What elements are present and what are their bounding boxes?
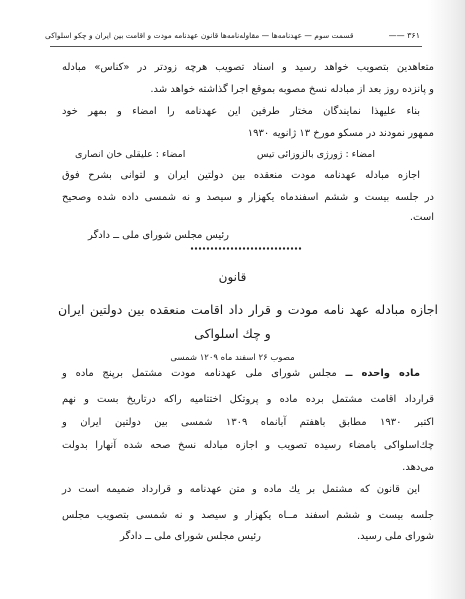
treaty-closing-line-1: متعاهدین بتصویب خواهد رسید و اسناد تصویب…	[62, 60, 434, 76]
certification-line-2: در جلسه بیست و ششم اسفندماه یکهزار و سیص…	[62, 190, 434, 206]
law-heading: قانون	[0, 268, 465, 286]
law-signature: رئیس مجلس شورای ملی ــ دادگر	[120, 529, 261, 545]
signature-iran: امضاء : علیقلی خان انصاری	[75, 147, 185, 163]
treaty-closing-line-4: ممهور نمودند در مسکو مورخ ۱۳ ژانویه ۱۹۳۰	[62, 126, 434, 142]
certification-line-1: اجازه مبادله عهدنامه مودت منعقده بین دول…	[62, 168, 434, 184]
single-article-text-1: مجلس شورای ملی عهدنامه مودت مشتمل برپنج …	[62, 368, 337, 379]
law-title-line-2: و چك اسلواکی	[0, 324, 465, 344]
single-article-line-2: قرارداد اقامت مشتمل برده ماده و پروتکل ا…	[62, 392, 434, 408]
law-closing-line-1: این قانون که مشتمل بر یك ماده و متن عهدن…	[62, 482, 434, 498]
signature-czechoslovakia: امضاء : ژورژی بالزوزائی تیس	[257, 147, 375, 163]
section-separator	[190, 246, 302, 251]
single-article-line-4: چك‌اسلواکی بامضاء رسیده تصویب و اجازه مب…	[62, 438, 434, 454]
header-divider	[50, 46, 422, 47]
law-closing-line-2: جلسه بیست و ششم اسفند مــاه یکهزار و سیص…	[62, 508, 434, 524]
running-title: قسمت سوم — عهدنامه‌ها — مقاوله‌نامه‌ها ق…	[45, 29, 353, 43]
document-page: قسمت سوم — عهدنامه‌ها — مقاوله‌نامه‌ها ق…	[0, 0, 465, 599]
single-article-line-3: اکتبر ۱۹۳۰ مطابق باهفتم آبانماه ۱۳۰۹ شمس…	[62, 415, 434, 431]
treaty-closing-line-3: بناء علیهذا نمایندگان مختار طرفین این عه…	[62, 104, 434, 120]
certification-signature: رئیس مجلس شورای ملی ــ دادگر	[88, 228, 229, 244]
law-title-line-1: اجازه مبادله عهد نامه مودت و قرار داد اق…	[58, 300, 438, 320]
approval-date: مصوب ۲۶ اسفند ماه ۱۲۰۹ شمسی	[0, 352, 465, 364]
single-article-label: ماده واحده ــ	[346, 368, 420, 379]
running-header: قسمت سوم — عهدنامه‌ها — مقاوله‌نامه‌ها ق…	[45, 29, 420, 43]
treaty-signatures: امضاء : علیقلی خان انصاری امضاء : ژورژی …	[75, 147, 375, 163]
certification-line-3: است.	[62, 210, 434, 226]
single-article-line-1: ماده واحده ــ مجلس شورای ملی عهدنامه مود…	[62, 366, 434, 382]
single-article-line-5: می‌دهد.	[62, 460, 434, 476]
page-number: —— ۳۶۱	[389, 29, 420, 43]
treaty-closing-line-2: و پانزده روز بعد از مبادله نسخ مصوبه بمو…	[62, 82, 434, 98]
